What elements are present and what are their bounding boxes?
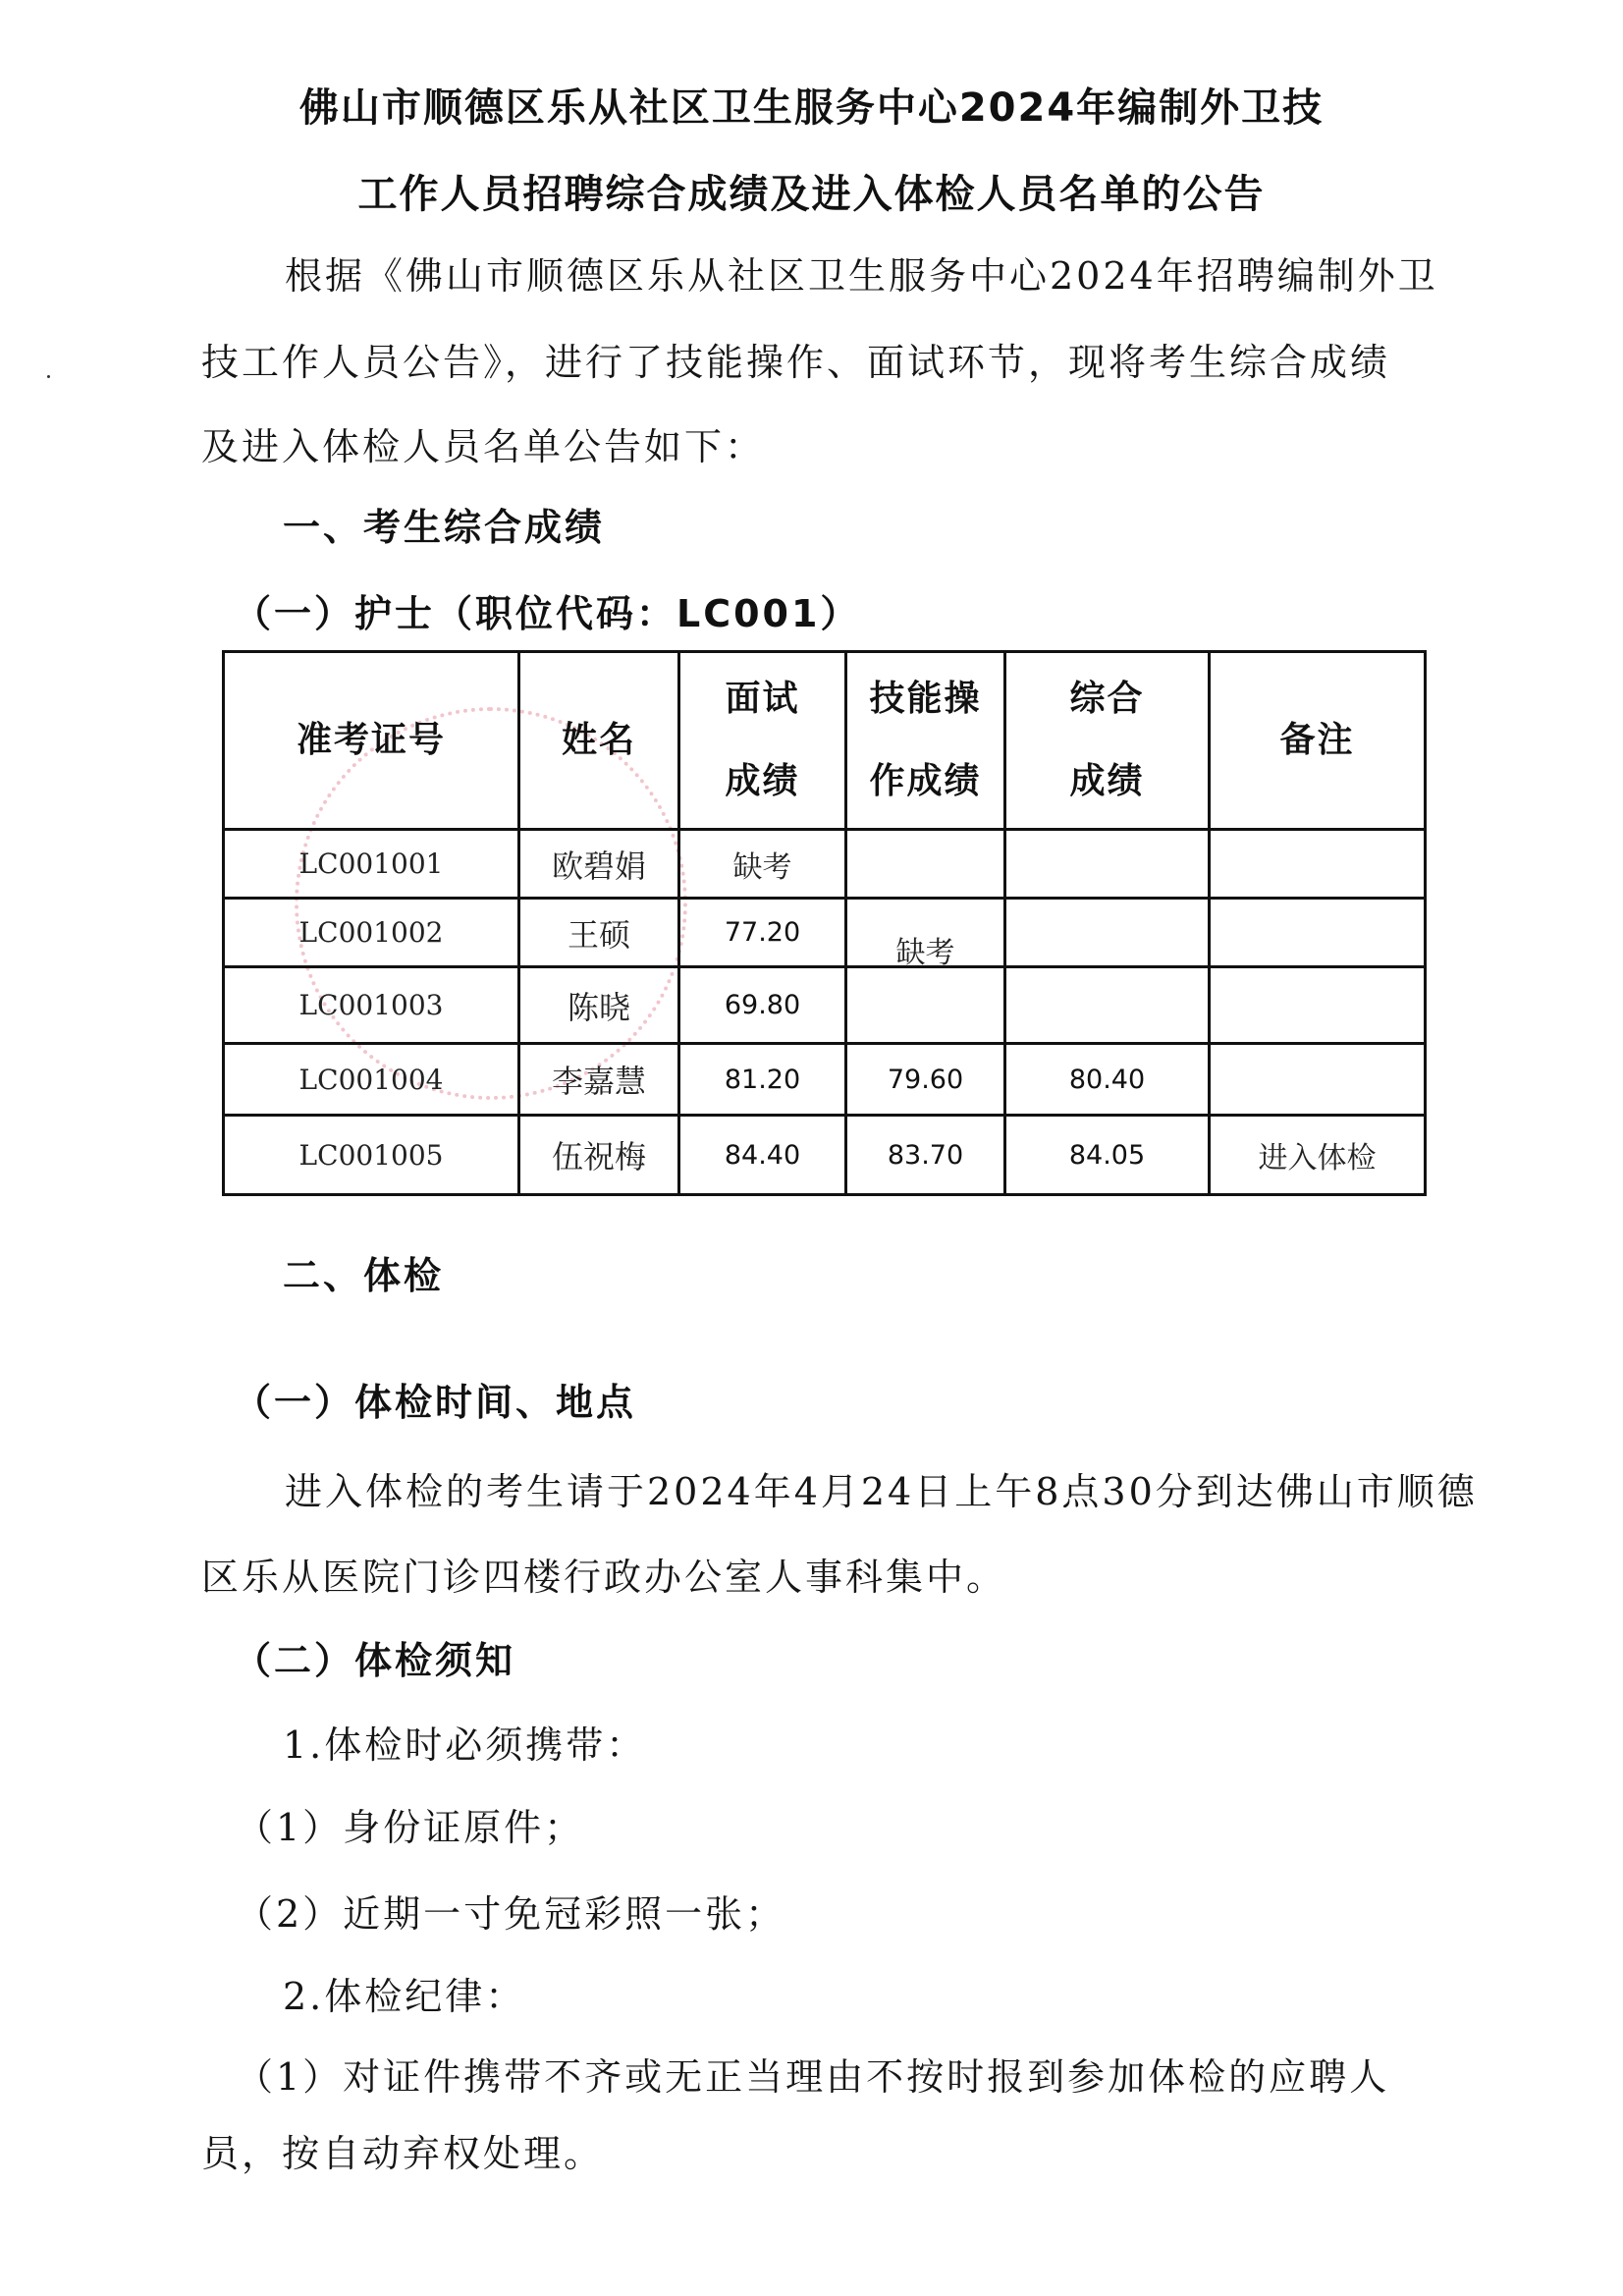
table-header-total-score: 综合 成绩 xyxy=(1006,653,1208,828)
table-cell-exam-id: LC001002 xyxy=(225,900,517,965)
header-label-line-2: 成绩 xyxy=(1069,740,1144,823)
table-header-interview-score: 面试 成绩 xyxy=(680,653,844,828)
section-1-heading: 一、考生综合成绩 xyxy=(283,497,605,551)
exam-time-location-line-2: 区乐从医院门诊四楼行政办公室人事科集中。 xyxy=(201,1547,1006,1601)
intro-line-1: 根据《佛山市顺德区乐从社区卫生服务中心2024年招聘编制外卫 xyxy=(285,246,1438,300)
table-cell-total-score xyxy=(1006,831,1208,897)
table-header-remark: 备注 xyxy=(1211,653,1424,828)
intro-line-2: 技工作人员公告》，进行了技能操作、面试环节，现将考生综合成绩 xyxy=(201,332,1390,386)
table-cell-exam-id: LC001003 xyxy=(225,968,517,1042)
notice-item-1-sub-2: （2）近期一寸免冠彩照一张； xyxy=(236,1884,785,1938)
document-title-line-1: 佛山市顺德区乐从社区卫生服务中心2024年编制外卫技 xyxy=(0,77,1623,133)
table-cell-name: 王硕 xyxy=(520,900,677,965)
table-cell-exam-id: LC001005 xyxy=(225,1117,517,1193)
table-cell-name: 伍祝梅 xyxy=(520,1117,677,1193)
table-cell-exam-id: LC001004 xyxy=(225,1045,517,1114)
table-cell-remark xyxy=(1211,831,1424,897)
header-label: 准考证号 xyxy=(297,699,446,782)
table-cell-name: 李嘉慧 xyxy=(520,1045,677,1114)
table-cell-remark xyxy=(1211,900,1424,965)
table-cell-total-score: 80.40 xyxy=(1006,1045,1208,1114)
table-header-name: 姓名 xyxy=(520,653,677,828)
header-label-line-1: 综合 xyxy=(1069,658,1144,740)
table-cell-interview-score: 69.80 xyxy=(680,968,844,1042)
table-header-skill-score: 技能操 作成绩 xyxy=(847,653,1003,828)
table-cell-interview-score: 77.20 xyxy=(680,900,844,965)
header-label: 姓名 xyxy=(562,699,636,782)
table-cell-total-score: 84.05 xyxy=(1006,1117,1208,1193)
table-cell-total-score xyxy=(1006,900,1208,965)
header-label-line-2: 成绩 xyxy=(725,740,799,823)
notice-item-2-sub-1-line-1: （1）对证件携带不齐或无正当理由不按时报到参加体检的应聘人 xyxy=(236,2047,1389,2101)
intro-line-3: 及进入体检人员名单公告如下： xyxy=(201,416,765,470)
section-2-heading: 二、体检 xyxy=(283,1245,444,1299)
document-page: 佛山市顺德区乐从社区卫生服务中心2024年编制外卫技 工作人员招聘综合成绩及进入… xyxy=(0,0,1623,2296)
table-cell-skill-score xyxy=(847,831,1003,897)
exam-time-location-line-1: 进入体检的考生请于2024年4月24日上午8点30分到达佛山市顺德 xyxy=(285,1461,1478,1515)
table-cell-name: 陈晓 xyxy=(520,968,677,1042)
table-cell-skill-score xyxy=(847,968,1003,1042)
section-2-subheading-1: （一）体检时间、地点 xyxy=(234,1372,636,1426)
scan-speck xyxy=(47,375,50,378)
notice-item-1-sub-1: （1）身份证原件； xyxy=(236,1797,584,1851)
table-cell-skill-score: 79.60 xyxy=(847,1045,1003,1114)
table-cell-remark xyxy=(1211,1045,1424,1114)
table-cell-name: 欧碧娟 xyxy=(520,831,677,897)
notice-item-2-sub-1-line-2: 员，按自动弃权处理。 xyxy=(201,2123,604,2177)
section-1-subheading: （一）护士（职位代码：LC001） xyxy=(234,583,860,637)
header-label-line-2: 作成绩 xyxy=(869,740,981,823)
notice-item-2: 2.体检纪律： xyxy=(283,1966,525,2020)
section-2-subheading-2: （二）体检须知 xyxy=(234,1630,515,1684)
header-label-line-1: 技能操 xyxy=(869,658,981,740)
table-cell-interview-score: 84.40 xyxy=(680,1117,844,1193)
table-cell-interview-score: 81.20 xyxy=(680,1045,844,1114)
table-cell-total-score xyxy=(1006,968,1208,1042)
score-table: 准考证号 姓名 面试 成绩 技能操 作成绩 综合 成绩 备注 LC001001 … xyxy=(222,650,1427,1196)
table-cell-exam-id: LC001001 xyxy=(225,831,517,897)
header-label: 备注 xyxy=(1279,699,1354,782)
document-title-line-2: 工作人员招聘综合成绩及进入体检人员名单的公告 xyxy=(0,163,1623,219)
notice-item-1: 1.体检时必须携带： xyxy=(283,1715,646,1769)
table-header-exam-id: 准考证号 xyxy=(225,653,517,828)
table-cell-interview-score: 缺考 xyxy=(680,831,844,897)
table-cell-skill-score: 83.70 xyxy=(847,1117,1003,1193)
header-label-line-1: 面试 xyxy=(725,658,799,740)
table-cell-remark xyxy=(1211,968,1424,1042)
table-cell-remark: 进入体检 xyxy=(1211,1117,1424,1193)
